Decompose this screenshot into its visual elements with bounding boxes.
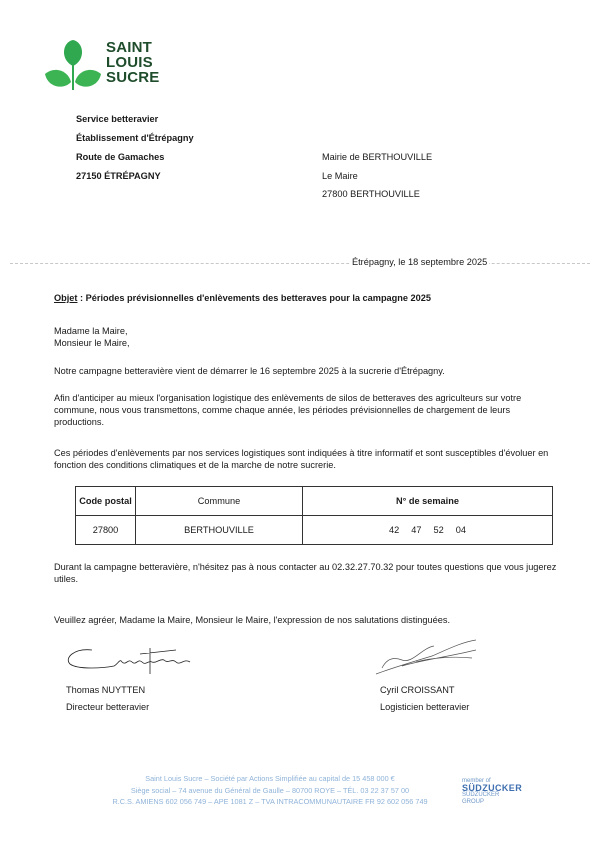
signature-icon: [372, 638, 482, 678]
paragraph-info: Ces périodes d'enlèvements par nos servi…: [54, 447, 559, 471]
subject-text: Périodes prévisionnelles d'enlèvements d…: [86, 293, 431, 303]
group-logo-sub: SÜDZUCKER GROUP: [462, 792, 522, 806]
sender-address: Service betteravier Établissement d'Étré…: [76, 110, 194, 186]
header-code-postal: Code postal: [76, 487, 136, 516]
recipient-name: Mairie de BERTHOUVILLE: [322, 148, 432, 167]
sender-street: Route de Gamaches: [76, 148, 194, 167]
recipient-address: Mairie de BERTHOUVILLE Le Maire 27800 BE…: [322, 148, 432, 204]
cell-semaines: 42475204: [303, 516, 553, 545]
week-number: 42: [389, 525, 399, 535]
leaf-icon: [44, 38, 102, 94]
signature-icon: [64, 644, 194, 676]
footer-line-2: Siège social – 74 avenue du Général de G…: [60, 785, 480, 797]
company-logo-text: SAINT LOUIS SUCRE: [106, 40, 160, 85]
salutation: Madame la Maire, Monsieur le Maire,: [54, 325, 574, 349]
closing-formula: Veuillez agréer, Madame la Maire, Monsie…: [54, 614, 574, 626]
week-number: 04: [456, 525, 466, 535]
letter-date: Étrépagny, le 18 septembre 2025: [350, 256, 489, 268]
logo-line-3: SUCRE: [106, 70, 160, 85]
group-logo: member of SÜDZUCKER SÜDZUCKER GROUP: [462, 778, 522, 806]
footer-line-1: Saint Louis Sucre – Société par Actions …: [60, 773, 480, 785]
paragraph-logistics: Afin d'anticiper au mieux l'organisation…: [54, 392, 559, 429]
paragraph-contact: Durant la campagne betteravière, n'hésit…: [54, 561, 564, 585]
subject-separator: :: [77, 293, 85, 303]
recipient-city: 27800 BERTHOUVILLE: [322, 185, 432, 204]
sender-city: 27150 ÉTRÉPAGNY: [76, 167, 194, 186]
sender-establishment: Établissement d'Étrépagny: [76, 129, 194, 148]
subject-label: Objet: [54, 293, 77, 303]
table-row: 27800 BERTHOUVILLE 42475204: [76, 516, 553, 545]
table-header-row: Code postal Commune N° de semaine: [76, 487, 553, 516]
schedule-table: Code postal Commune N° de semaine 27800 …: [75, 486, 553, 545]
week-number: 52: [434, 525, 444, 535]
letter-subject: Objet : Périodes prévisionnelles d'enlèv…: [54, 292, 431, 304]
signatory-1-name: Thomas NUYTTEN: [66, 684, 145, 696]
cell-commune: BERTHOUVILLE: [136, 516, 303, 545]
logo-line-1: SAINT: [106, 40, 160, 55]
divider: [10, 263, 590, 264]
salutation-line-2: Monsieur le Maire,: [54, 337, 574, 349]
recipient-title: Le Maire: [322, 167, 432, 186]
sender-service: Service betteravier: [76, 110, 194, 129]
header-commune: Commune: [136, 487, 303, 516]
header-semaine: N° de semaine: [303, 487, 553, 516]
paragraph-intro: Notre campagne betteravière vient de dém…: [54, 365, 574, 377]
signatory-2-name: Cyril CROISSANT: [380, 684, 455, 696]
signatory-2-title: Logisticien betteravier: [380, 701, 469, 713]
footer-line-3: R.C.S. AMIENS 602 056 749 – APE 1081 Z –…: [60, 796, 480, 808]
group-logo-name: SÜDZUCKER: [462, 785, 522, 792]
company-legal-footer: Saint Louis Sucre – Société par Actions …: [60, 773, 480, 808]
logo-line-2: LOUIS: [106, 55, 160, 70]
signatory-1-title: Directeur betteravier: [66, 701, 149, 713]
week-number: 47: [411, 525, 421, 535]
salutation-line-1: Madame la Maire,: [54, 325, 574, 337]
cell-code-postal: 27800: [76, 516, 136, 545]
